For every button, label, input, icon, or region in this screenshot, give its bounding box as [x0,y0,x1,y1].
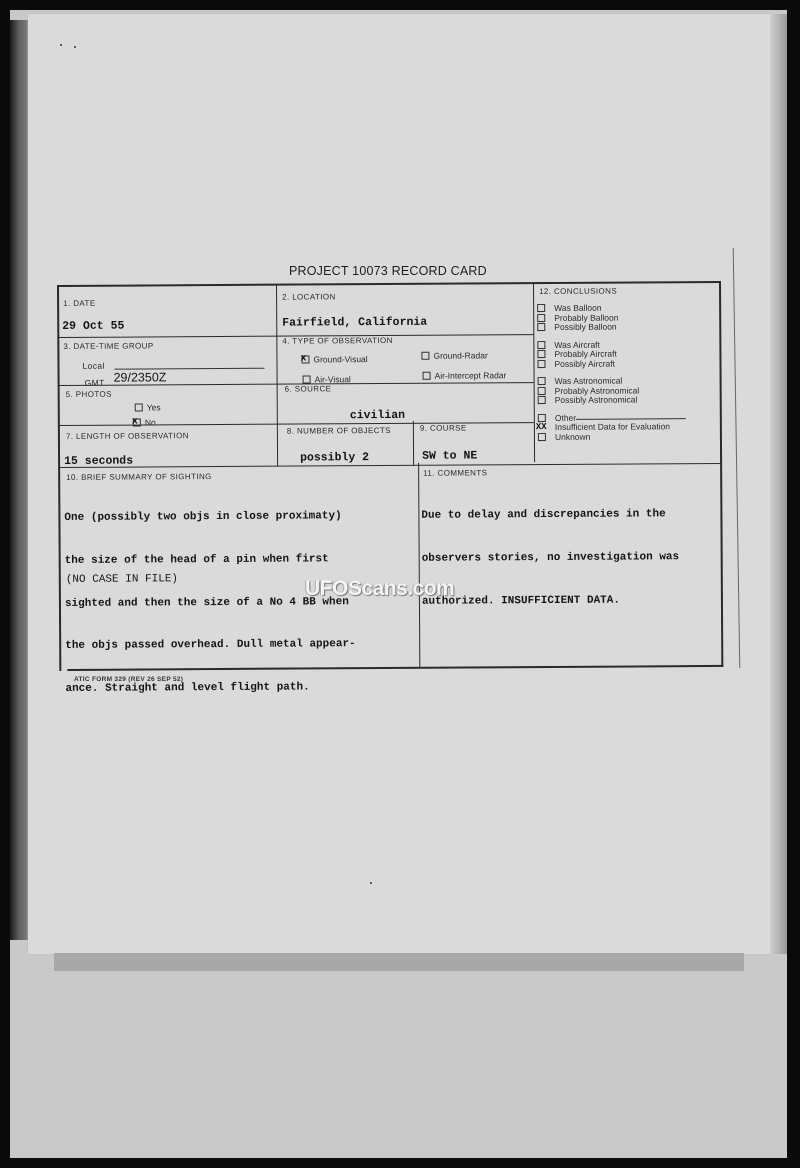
type-obs-label: 4. TYPE OF OBSERVATION [282,336,393,346]
num-objects-value: possibly 2 [300,451,369,464]
checkbox[interactable] [538,433,546,441]
comments-text: Due to delay and discrepancies in the ob… [421,479,679,637]
gmt-value: 29/2350Z [114,370,167,384]
location-value: Fairfield, California [282,316,427,330]
conclusion-possibly-aircraft[interactable]: Possibly Aircraft [537,359,685,369]
source-label: 6. SOURCE [285,384,332,393]
course-label: 9. COURSE [420,424,467,433]
checkbox-ground-radar[interactable] [421,352,429,360]
checkbox[interactable] [537,323,545,331]
course-value: SW to NE [422,449,477,462]
checkbox[interactable] [537,350,545,358]
divider-8-9 [413,421,414,466]
option-ground-visual[interactable]: xGround-Visual [301,354,367,364]
conclusion-group-aircraft: Was Aircraft Probably Aircraft Possibly … [537,340,685,369]
checkbox[interactable] [538,387,546,395]
conclusion-group-other: Other XXInsufficient Data for Evaluation… [538,413,686,442]
checkbox-air-visual[interactable] [303,375,311,383]
conclusions-list: Was Balloon Probably Balloon Possibly Ba… [537,303,686,450]
dtg-label: 3. DATE-TIME GROUP [63,341,153,351]
option-ground-radar[interactable]: Ground-Radar [421,350,487,360]
option-air-visual[interactable]: Air-Visual [303,374,351,384]
checkbox-ground-visual[interactable]: x [301,355,309,363]
divider-10-11 [418,463,420,667]
date-label: 1. DATE [63,299,95,308]
form-number: ATIC FORM 329 (REV 26 SEP 52) [74,676,183,683]
row-divider-4 [58,463,722,468]
conclusion-unknown[interactable]: Unknown [538,432,686,442]
conclusion-group-astronomical: Was Astronomical Probably Astronomical P… [538,376,686,405]
checkbox[interactable] [538,377,546,385]
other-line [576,418,686,420]
speck [370,882,372,884]
speck [60,44,62,46]
checkbox[interactable] [537,304,545,312]
option-air-intercept-radar[interactable]: Air-Intercept Radar [423,370,507,381]
divider-col-1 [276,284,278,467]
comments-line: Due to delay and discrepancies in the [421,508,679,524]
page-shadow [54,953,744,971]
conclusion-possibly-balloon[interactable]: Possibly Balloon [537,322,685,332]
checkbox-air-intercept-radar[interactable] [423,372,431,380]
local-label: Local [82,361,104,371]
conclusions-label: 12. CONCLUSIONS [539,287,617,296]
record-card: 1. DATE 29 Oct 55 2. LOCATION Fairfield,… [57,281,723,671]
page-edge-right [770,14,787,954]
divider-col-2 [533,282,535,462]
checkbox[interactable] [537,341,545,349]
speck [74,46,76,48]
option-photos-no[interactable]: xNo [133,417,156,427]
xx-mark: XX [536,423,547,433]
source-value: civilian [350,409,405,422]
gmt-label: GMT [85,378,105,388]
comments-line: authorized. INSUFFICIENT DATA. [422,593,680,609]
summary-line: the size of the head of a pin when first [65,552,356,568]
conclusion-group-balloon: Was Balloon Probably Balloon Possibly Ba… [537,303,685,332]
num-objects-label: 8. NUMBER OF OBJECTS [287,426,391,436]
checkbox[interactable] [537,314,545,322]
summary-text: One (possibly two objs in close proximat… [64,481,356,724]
local-line [115,368,265,370]
checkbox-photos-no[interactable]: x [133,418,141,426]
no-case-note: (NO CASE IN FILE) [66,572,178,587]
comments-label: 11. COMMENTS [423,468,487,477]
checkbox[interactable] [538,414,546,422]
summary-line: the objs passed overhead. Dull metal app… [65,637,356,653]
checkbox[interactable] [538,396,546,404]
watermark: UFOScans.com [305,577,454,601]
summary-label: 10. BRIEF SUMMARY OF SIGHTING [66,472,212,482]
card-title: PROJECT 10073 RECORD CARD [289,264,487,278]
location-label: 2. LOCATION [282,292,336,301]
comments-line: observers stories, no investigation was [422,550,680,566]
photos-label: 5. PHOTOS [66,390,112,399]
checkbox[interactable] [537,360,545,368]
length-value: 15 seconds [64,455,133,468]
checkbox-photos-yes[interactable] [135,403,143,411]
conclusion-possibly-astronomical[interactable]: Possibly Astronomical [538,395,686,405]
summary-line: One (possibly two objs in close proximat… [64,510,355,526]
length-label: 7. LENGTH OF OBSERVATION [66,431,189,441]
option-photos-yes[interactable]: Yes [135,402,161,412]
date-value: 29 Oct 55 [62,320,124,333]
